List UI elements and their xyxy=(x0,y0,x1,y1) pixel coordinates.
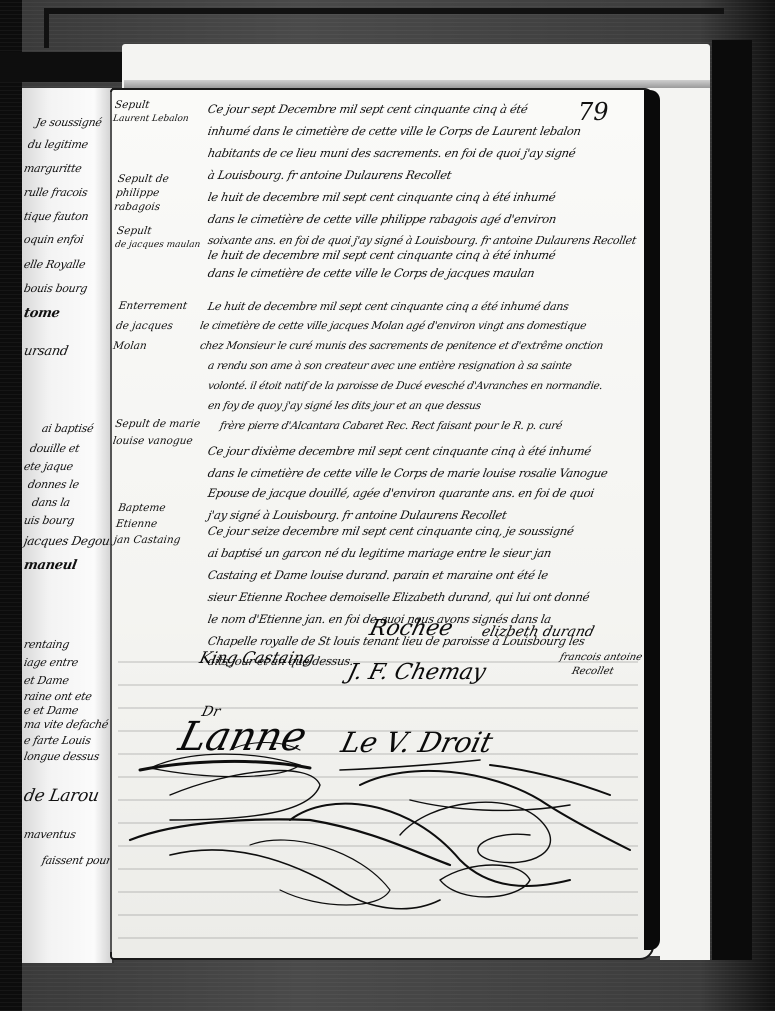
left-line: et Dame xyxy=(23,674,70,687)
backing-tab xyxy=(660,920,710,960)
entry-line: j'ay signé à Louisbourg. fr antoine Dula… xyxy=(207,508,508,522)
margin-note-sepult-laurent: Sepult Laurent Lebalon xyxy=(112,98,211,126)
margin-note-line: philippe xyxy=(115,186,212,200)
left-line: e et Dame xyxy=(23,704,79,717)
margin-note-line: de jacques maulan xyxy=(114,238,211,252)
signature-elizabeth-durand: elizbeth durand xyxy=(480,624,596,640)
left-page: Je soussigné du legitime marguritte rull… xyxy=(22,88,114,963)
margin-note-line: Laurent Lebalon xyxy=(112,112,209,126)
signature-flourish xyxy=(110,740,650,950)
left-line: dans la xyxy=(31,496,71,509)
left-line: douille et xyxy=(29,442,81,455)
page-number: 79 xyxy=(578,98,609,126)
frame-bar xyxy=(44,8,724,14)
entry-line: Ce jour dixième decembre mil sept cent c… xyxy=(207,444,592,458)
entry-line: Ce jour sept Decembre mil sept cent cinq… xyxy=(207,102,529,116)
margin-note-line: de jacques xyxy=(115,316,213,336)
entry-line: Epouse de jacque douillé, agée d'environ… xyxy=(207,486,595,500)
signature-chemay: J. F. Chemay xyxy=(345,660,489,685)
right-shadow xyxy=(712,40,752,960)
margin-note-line: Sepult de marie xyxy=(114,416,211,433)
left-line: ma vite defaché xyxy=(23,718,109,731)
margin-note-line: Etienne xyxy=(115,516,212,532)
entry-line: a rendu son ame à son createur avec une … xyxy=(207,360,573,372)
margin-note-sepult-vanogue: Sepult de marie louise vanogue xyxy=(112,416,212,450)
left-line: bouis bourg xyxy=(23,282,88,295)
margin-note-sepult-jacques-maulan: Sepult de jacques maulan xyxy=(114,224,213,252)
left-line: uis bourg xyxy=(23,514,75,527)
signature-francois-antoine: francois antoine xyxy=(559,652,644,663)
entry-line: dans le cimetière de cette ville le Corp… xyxy=(207,466,609,480)
entry-line: chez Monsieur le curé munis des sacremen… xyxy=(199,340,604,352)
left-line: Je soussigné xyxy=(35,116,103,129)
signature-king-castaing: King Castaing xyxy=(198,648,317,667)
entry-line: dans le cimetière de cette ville philipp… xyxy=(207,212,558,226)
margin-note-line: rabagois xyxy=(113,200,210,214)
margin-note-line: Molan xyxy=(112,336,210,356)
margin-note-line: louise vanogue xyxy=(112,433,209,450)
entry-line: Castaing et Dame louise durand. parain e… xyxy=(207,568,549,582)
entry-line: le huit de decembre mil sept cent cinqua… xyxy=(207,248,557,262)
entry-line: sieur Etienne Rochee demoiselle Elizabet… xyxy=(207,590,591,604)
left-line: de Larou xyxy=(22,786,100,806)
margin-note-line: Bapteme xyxy=(117,500,214,516)
margin-note-line: Enterrement xyxy=(117,296,215,316)
left-line: elle Royalle xyxy=(23,258,86,271)
entry-line: frère pierre d'Alcantara Cabaret Rec. Re… xyxy=(219,420,563,432)
left-line: ai baptisé xyxy=(41,422,95,435)
entry-line: en foy de quoy j'ay signé les dits jour … xyxy=(207,400,482,412)
left-line: e farte Louis xyxy=(23,734,92,747)
left-line: raine ont ete xyxy=(23,690,93,703)
entry-line: le huit de decembre mil sept cent cinqua… xyxy=(207,190,557,204)
binding-shadow xyxy=(0,52,124,82)
frame-bar-vertical xyxy=(44,8,49,48)
signature-rochee: Rochee xyxy=(367,616,456,641)
entry-line: inhumé dans le cimetière de cette ville … xyxy=(207,124,582,138)
entry-line: Ce jour seize decembre mil sept cent cin… xyxy=(207,524,575,538)
margin-note-sepult-philippe: Sepult de philippe rabagois xyxy=(113,172,214,214)
left-line: rentaing xyxy=(23,638,70,651)
left-line: marguritte xyxy=(23,162,83,175)
entry-line: soixante ans. en foi de quoi j'ay signé … xyxy=(207,234,637,247)
margin-note-line: Sepult xyxy=(114,98,211,112)
backing-strip xyxy=(124,80,710,88)
margin-note-line: jan Castaing xyxy=(113,532,210,548)
margin-note-line: Sepult de xyxy=(117,172,214,186)
left-line: donnes le xyxy=(27,478,80,491)
left-line: tique fauton xyxy=(23,210,90,223)
entry-line: Le huit de decembre mil sept cent cinqua… xyxy=(207,300,570,313)
left-line: tome xyxy=(23,306,61,321)
left-line: jacques Degoutin xyxy=(23,534,114,548)
signature-recollet: Recollet xyxy=(571,666,615,677)
left-line: faissent pour xyxy=(41,854,112,867)
entry-line: à Louisbourg. fr antoine Dulaurens Recol… xyxy=(207,168,453,182)
entry-line: volonté. il étoit natif de la paroisse d… xyxy=(207,380,603,392)
margin-note-line: Sepult xyxy=(116,224,213,238)
left-line: iage entre xyxy=(23,656,79,669)
left-line: rulle fracois xyxy=(23,186,89,199)
left-line: ursand xyxy=(23,344,70,359)
left-line: maneul xyxy=(23,558,78,573)
entry-line: dans le cimetière de cette ville le Corp… xyxy=(207,266,536,280)
left-line: longue dessus xyxy=(23,750,100,763)
entry-line: ai baptisé un garcon né du legitime mari… xyxy=(207,546,553,560)
left-line: maventus xyxy=(23,828,77,841)
entry-line: le cimetière de cette ville jacques Mola… xyxy=(199,320,587,332)
entry-line: habitants de ce lieu muni des sacrements… xyxy=(207,146,577,160)
left-line: ete jaque xyxy=(23,460,74,473)
left-line: du legitime xyxy=(27,138,89,151)
left-line: oquin enfoi xyxy=(23,233,85,246)
margin-note-bapteme-etienne: Bapteme Etienne jan Castaing xyxy=(113,500,215,548)
